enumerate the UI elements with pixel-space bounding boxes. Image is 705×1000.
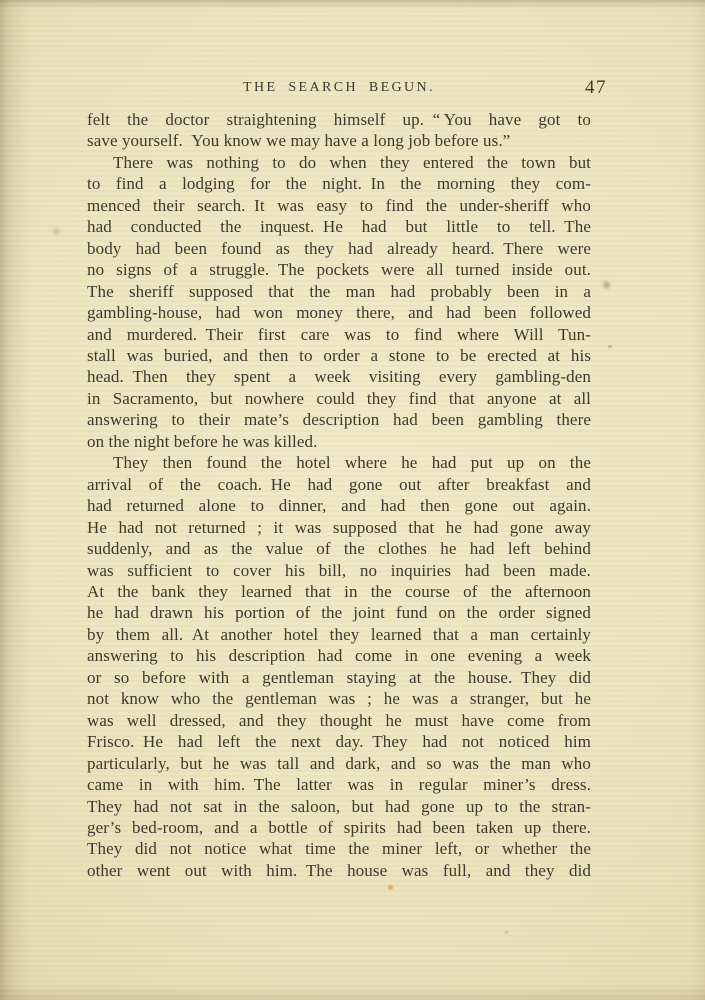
text-line: not know who the gentleman was ; he was … [87,688,591,709]
paper-speck [52,226,61,237]
text-line: The sheriff supposed that the man had pr… [87,281,591,302]
text-line: had conducted the inquest. He had but li… [87,216,591,237]
text-line: ger’s bed-room, and a bottle of spirits … [87,817,591,838]
text-line: felt the doctor straightening himself up… [87,109,591,130]
text-line: other went out with him. The house was f… [87,860,591,881]
text-line: and murdered. Their first care was to fi… [87,324,591,345]
text-line: body had been found as they had already … [87,238,591,259]
text-line: There was nothing to do when they entere… [87,152,591,173]
text-line: gambling-house, had won money there, and… [87,302,591,323]
text-line: They did not notice what time the miner … [87,838,591,859]
paper-speck [388,885,393,890]
text-line: answering to his description had come in… [87,645,591,666]
text-line: to find a lodging for the night. In the … [87,173,591,194]
text-line: was sufficient to cover his bill, no inq… [87,560,591,581]
page-header: THE SEARCH BEGUN. 47 [87,80,591,100]
book-page: THE SEARCH BEGUN. 47 felt the doctor str… [0,0,705,1000]
text-line: came in with him. The latter was in regu… [87,774,591,795]
running-header: THE SEARCH BEGUN. [87,80,591,96]
text-line: by them all. At another hotel they learn… [87,624,591,645]
text-block: felt the doctor straightening himself up… [87,109,591,881]
text-line: was well dressed, and they thought he mu… [87,710,591,731]
text-line: He had not returned ; it was supposed th… [87,517,591,538]
text-line: They had not sat in the saloon, but had … [87,796,591,817]
text-line: particularly, but he was tall and dark, … [87,753,591,774]
text-line: or so before with a gentleman staying at… [87,667,591,688]
text-line: had returned alone to dinner, and had th… [87,495,591,516]
paper-speck [601,279,612,291]
text-line: in Sacramento, but nowhere could they fi… [87,388,591,409]
text-line: Frisco. He had left the next day. They h… [87,731,591,752]
text-line: stall was buried, and then to order a st… [87,345,591,366]
text-line: arrival of the coach. He had gone out af… [87,474,591,495]
text-line: suddenly, and as the value of the clothe… [87,538,591,559]
text-line: answering to their mate’s description ha… [87,409,591,430]
paper-speck [608,345,612,348]
text-line: At the bank they learned that in the cou… [87,581,591,602]
text-line: They then found the hotel where he had p… [87,452,591,473]
text-line: menced their search. It was easy to find… [87,195,591,216]
page-number: 47 [585,77,607,99]
text-line: he had drawn his portion of the joint fu… [87,602,591,623]
text-line: on the night before he was killed. [87,431,591,452]
text-line: head. Then they spent a week visiting ev… [87,366,591,387]
text-line: save yourself. You know we may have a lo… [87,130,591,151]
text-line: no signs of a struggle. The pockets were… [87,259,591,280]
paper-speck [505,931,508,934]
